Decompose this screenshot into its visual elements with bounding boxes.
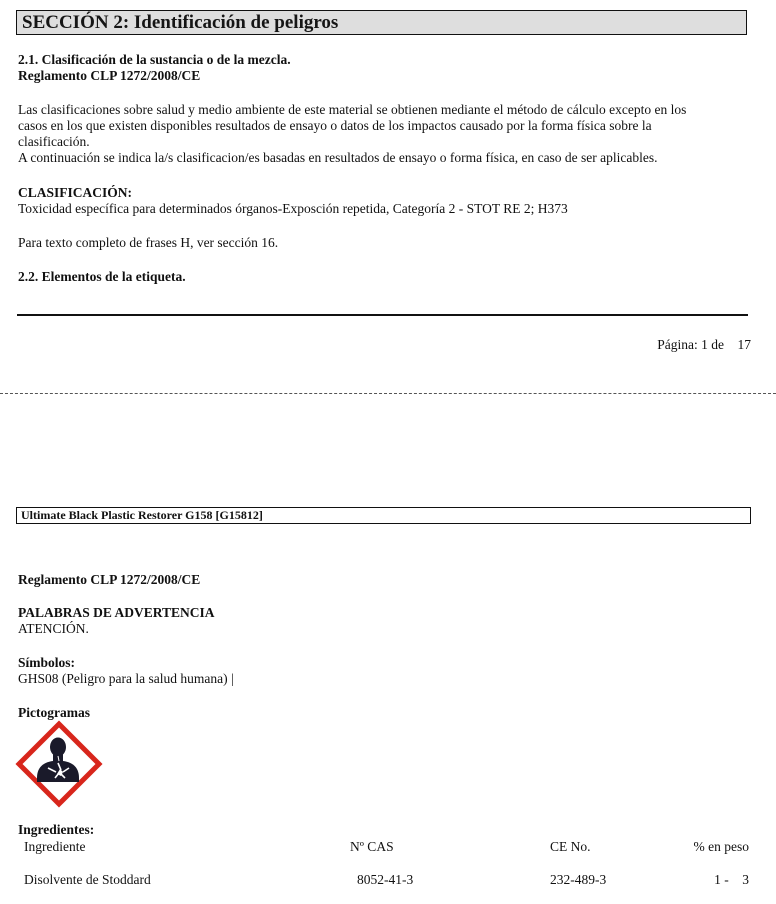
col-header-cas: Nº CAS xyxy=(350,839,394,855)
product-name: Ultimate Black Plastic Restorer G158 [G1… xyxy=(21,507,263,523)
col-header-ce: CE No. xyxy=(550,839,591,855)
subsection-2-1-heading: 2.1. Clasificación de la sustancia o de … xyxy=(18,52,748,68)
page-break-divider xyxy=(0,393,776,394)
signal-words-label: PALABRAS DE ADVERTENCIA xyxy=(18,605,748,621)
symbols-block: Símbolos: GHS08 (Peligro para la salud h… xyxy=(18,655,748,687)
page-number: Página: 1 de 17 xyxy=(657,337,751,353)
signal-word: ATENCIÓN. xyxy=(18,621,748,637)
h-phrases-note: Para texto completo de frases H, ver sec… xyxy=(18,235,748,251)
paragraph-line: casos en los que existen disponibles res… xyxy=(18,118,748,134)
paragraph-line: Las clasificaciones sobre salud y medio … xyxy=(18,102,748,118)
classification-value: Toxicidad específica para determinados ó… xyxy=(18,201,748,217)
section-title: SECCIÓN 2: Identificación de peligros xyxy=(22,12,338,34)
paragraph-line: clasificación. xyxy=(18,134,748,150)
cell-ce: 232-489-3 xyxy=(550,872,606,888)
section-header: SECCIÓN 2: Identificación de peligros xyxy=(16,10,747,35)
subsection-2-2-heading: 2.2. Elementos de la etiqueta. xyxy=(18,269,748,285)
table-row: Disolvente de Stoddard 8052-41-3 232-489… xyxy=(0,872,776,888)
cell-ingredient: Disolvente de Stoddard xyxy=(24,872,151,888)
ingredients-label: Ingredientes: xyxy=(18,822,748,838)
pictograms-label: Pictogramas xyxy=(18,705,748,721)
cell-weight: 1 - 3 xyxy=(714,872,749,888)
symbols-label: Símbolos: xyxy=(18,655,748,671)
col-header-ingredient: Ingrediente xyxy=(24,839,85,855)
product-header: Ultimate Black Plastic Restorer G158 [G1… xyxy=(16,507,751,524)
regulation-label: Reglamento CLP 1272/2008/CE xyxy=(18,68,748,84)
paragraph-line: A continuación se indica la/s clasificac… xyxy=(18,150,748,166)
signal-words-block: PALABRAS DE ADVERTENCIA ATENCIÓN. xyxy=(18,605,748,637)
footer-rule xyxy=(17,314,748,316)
cell-cas: 8052-41-3 xyxy=(357,872,413,888)
classification-paragraph: Las clasificaciones sobre salud y medio … xyxy=(18,102,748,166)
ingredients-table-header: Ingrediente Nº CAS CE No. % en peso xyxy=(0,839,776,855)
subsection-2-1: 2.1. Clasificación de la sustancia o de … xyxy=(18,52,748,84)
col-header-weight: % en peso xyxy=(694,839,749,855)
ghs08-health-hazard-icon xyxy=(15,720,103,808)
regulation-label-p2: Reglamento CLP 1272/2008/CE xyxy=(18,572,748,588)
classification-label: CLASIFICACIÓN: xyxy=(18,185,748,201)
symbols-value: GHS08 (Peligro para la salud humana) | xyxy=(18,671,748,687)
classification-block: CLASIFICACIÓN: Toxicidad específica para… xyxy=(18,185,748,217)
